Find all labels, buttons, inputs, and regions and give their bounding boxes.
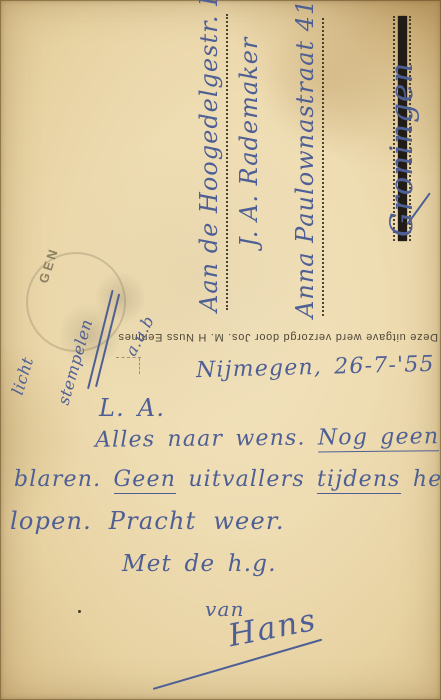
address-street: Anna Paulownastraat 41	[291, 12, 325, 318]
message-salutation: L. A.	[99, 394, 165, 422]
message-dateline: Nijmegen, 26-7-'55	[196, 352, 435, 383]
message-line-1-text: Alles naar wens.	[95, 425, 318, 452]
message-line-4: Met de h.g.	[122, 551, 277, 577]
address-recipient-name: J. A. Rademaker	[235, 47, 268, 247]
stamp-box-corner-vertical	[139, 358, 140, 374]
message-line-2-e: het	[401, 467, 441, 492]
paper-speck	[78, 610, 81, 613]
note-word-licht: licht	[8, 355, 37, 397]
address-recipient-title: Aan de Hoogedelgestr. Heer	[195, 6, 229, 312]
postcard-back: Deze uitgave werd verzorgd door Jos. M. …	[0, 0, 441, 700]
message-line-1-underlined: Nog geen	[318, 424, 440, 452]
message-line-2-d-underlined: tijdens	[317, 467, 401, 494]
message-line-2-a: blaren.	[14, 467, 114, 492]
message-line-2-b-underlined: Geen	[114, 467, 177, 494]
message-line-2: blaren. Geen uitvallers tijdens het	[14, 467, 441, 492]
message-line-2-c: uitvallers	[176, 467, 317, 492]
message-line-3: lopen. Pracht weer.	[10, 507, 285, 535]
message-line-1: Alles naar wens. Nog geen	[95, 424, 440, 453]
